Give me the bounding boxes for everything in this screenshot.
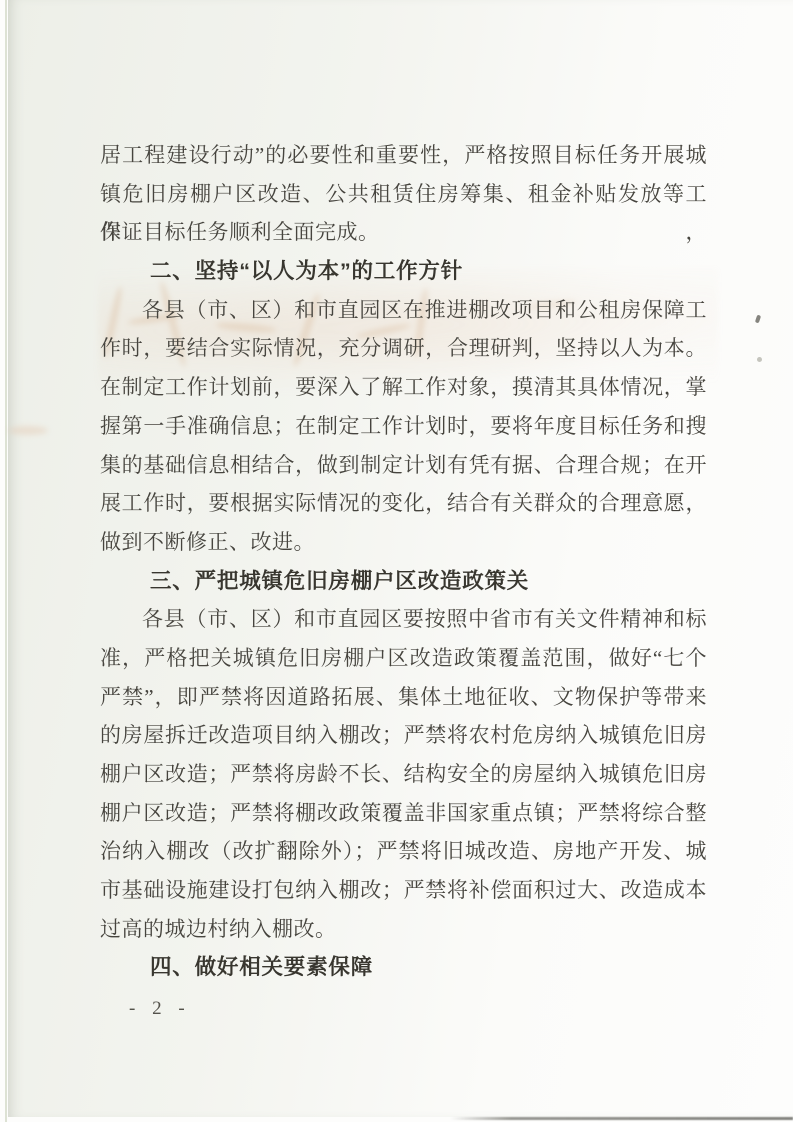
text-column: 居工程建设行动”的必要性和重要性，严格按照目标任务开展城镇危旧房棚户区改造、公共… xyxy=(100,136,707,987)
scan-edge-line xyxy=(5,0,7,1122)
document-line: 的房屋拆迁改造项目纳入棚改；严禁将农村危房纳入城镇危旧房 xyxy=(100,716,707,755)
scan-bleed-smudge xyxy=(8,426,48,435)
document-line: 棚户区改造；严禁将房龄不长、结构安全的房屋纳入城镇危旧房 xyxy=(100,755,707,794)
document-line: 准，严格把关城镇危旧房棚户区改造政策覆盖范围，做好“七个 xyxy=(100,639,707,678)
scan-speck xyxy=(757,357,762,362)
document-line: 严禁”，即严禁将因道路拓展、集体土地征收、文物保护等带来 xyxy=(100,678,707,717)
document-line: 展工作时，要根据实际情况的变化，结合有关群众的合理意愿， xyxy=(100,484,707,523)
document-line: 过高的城边村纳入棚改。 xyxy=(100,910,707,949)
document-line: 治纳入棚改（改扩翻除外）；严禁将旧城改造、房地产开发、城 xyxy=(100,832,707,871)
document-line: 各县（市、区）和市直园区要按照中省市有关文件精神和标 xyxy=(100,600,707,639)
document-line: 握第一手准确信息；在制定工作计划时，要将年度目标任务和搜 xyxy=(100,407,707,446)
section-heading: 四、做好相关要素保障 xyxy=(100,948,707,987)
paper-bottom-edge xyxy=(450,1117,793,1120)
page-number: - 2 - xyxy=(129,998,191,1020)
document-line: 镇危旧房棚户区改造、公共租赁住房筹集、租金补贴发放等工作， xyxy=(100,175,707,214)
document-line: 做到不断修正、改进。 xyxy=(100,523,707,562)
document-line: 作时，要结合实际情况，充分调研，合理研判，坚持以人为本。 xyxy=(100,329,707,368)
document-line: 在制定工作计划前，要深入了解工作对象，摸清其具体情况，掌 xyxy=(100,368,707,407)
document-line: 棚户区改造；严禁将棚改政策覆盖非国家重点镇；严禁将综合整 xyxy=(100,794,707,833)
document-line: 各县（市、区）和市直园区在推进棚改项目和公租房保障工 xyxy=(100,291,707,330)
document-line: 集的基础信息相结合，做到制定计划有凭有据、合理合规；在开 xyxy=(100,446,707,485)
document-line: 居工程建设行动”的必要性和重要性，严格按照目标任务开展城 xyxy=(100,136,707,175)
document-line: 市基础设施建设打包纳入棚改；严禁将补偿面积过大、改造成本 xyxy=(100,871,707,910)
section-heading: 二、坚持“以人为本”的工作方针 xyxy=(100,252,707,291)
section-heading: 三、严把城镇危旧房棚户区改造政策关 xyxy=(100,562,707,601)
